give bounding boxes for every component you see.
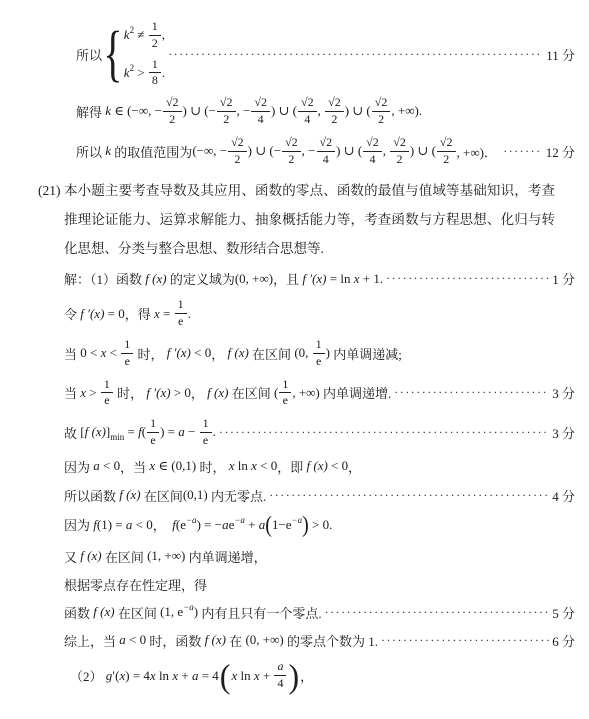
fraction-numerator: √2 xyxy=(228,136,247,152)
text-run: 在 xyxy=(226,631,246,650)
big-paren: ) xyxy=(302,513,309,536)
text-run: 在区间 xyxy=(228,383,274,402)
fraction: √24 xyxy=(298,96,317,127)
math-italic-run: f (x) xyxy=(228,345,249,361)
fraction-numerator: 1 xyxy=(101,378,113,394)
dotted-leader: ········································… xyxy=(381,633,549,648)
fraction-denominator: e xyxy=(125,354,130,369)
cases-brace-icon: { xyxy=(103,22,122,86)
math-run: > 0 xyxy=(171,385,191,401)
text-run: 解得 xyxy=(76,102,105,121)
superscript: −a xyxy=(234,515,245,525)
fraction-denominator: 8 xyxy=(152,73,158,88)
dotted-leader: ········································… xyxy=(503,144,543,159)
fraction: 1e xyxy=(147,417,159,448)
fraction-denominator: 2 xyxy=(443,152,449,167)
superscript: 2 xyxy=(130,25,135,35)
text-run: ， xyxy=(191,383,207,402)
fraction: √22 xyxy=(282,136,301,167)
superscript: 2 xyxy=(130,63,135,73)
math-run: ) = − xyxy=(197,517,223,533)
text-run: 时， xyxy=(196,457,229,476)
fraction: √22 xyxy=(325,96,344,127)
fraction-denominator: e xyxy=(178,314,183,329)
big-paren: ) xyxy=(288,659,299,693)
line-f1-fea: 因为 f(1) = a < 0， f(e−a) = −ae−a + a(1−e−… xyxy=(64,515,575,535)
math-run: . xyxy=(188,306,191,322)
document-content: 所以{k2 ≠ 12,k2 > 18.·····················… xyxy=(64,20,575,692)
fraction-numerator: 1 xyxy=(149,58,161,74)
fraction: 18 xyxy=(149,58,161,89)
fraction-numerator: √2 xyxy=(217,96,236,112)
line-let-fprime-zero: 令 f ′(x) = 0，得 x = 1e. xyxy=(64,298,575,329)
fraction-numerator: √2 xyxy=(282,136,301,152)
fraction-numerator: √2 xyxy=(372,96,391,112)
fraction: √22 xyxy=(217,96,236,127)
math-italic-run: f ′(x) xyxy=(146,385,170,401)
math-run: , xyxy=(318,103,325,119)
text-run: 所以 xyxy=(76,45,102,64)
subscript: min xyxy=(110,432,124,442)
math-run: > xyxy=(134,65,148,81)
fraction: √22 xyxy=(437,136,456,167)
text-run: 时， xyxy=(114,383,147,402)
math-run: ≠ xyxy=(134,27,148,43)
line-unique-zero: 函数 f (x) 在区间 (1, e−a) 内有且只有一个零点.········… xyxy=(64,603,575,622)
score-label: 1 分 xyxy=(552,269,575,288)
math-run: (0, +∞) xyxy=(245,632,283,648)
math-run: < 0 xyxy=(191,345,211,361)
text-run: 又 xyxy=(64,547,80,566)
text-run: 内无零点. xyxy=(208,486,267,505)
text-run: 在区间 xyxy=(249,344,295,363)
text-run: 根据零点存在性定理，得 xyxy=(64,575,207,594)
math-run: + 1. xyxy=(359,271,383,287)
math-run: < 0 xyxy=(132,517,152,533)
fraction-numerator: a xyxy=(274,660,286,676)
math-run: + xyxy=(178,668,192,684)
score-label: 3 分 xyxy=(552,423,575,442)
document-page-body: { "page": {"background": "#ffffff", "tex… xyxy=(0,0,589,719)
math-italic-run: f (x) xyxy=(93,604,114,620)
score-label: 6 分 xyxy=(552,631,575,650)
fraction-denominator: e xyxy=(316,354,321,369)
fraction: 1e xyxy=(121,338,133,369)
dotted-leader: ········································… xyxy=(394,385,549,400)
math-run: ) ∪ (− xyxy=(183,103,216,119)
math-run: ) ∪ ( xyxy=(336,143,362,159)
math-run: (0,1) xyxy=(183,487,208,503)
fraction-numerator: 1 xyxy=(313,338,325,354)
math-run: , +∞)． xyxy=(457,142,501,161)
fraction-numerator: √2 xyxy=(317,136,336,152)
text-run: 在区间 xyxy=(141,486,183,505)
text-run: 在区间 xyxy=(115,603,161,622)
line-sol-1: 解：（1）函数 f (x) 的定义域为(0, +∞)，且 f ′(x) = ln… xyxy=(64,269,575,288)
text-run: 函数 xyxy=(64,603,93,622)
fraction: √22 xyxy=(390,136,409,167)
cases-row: k2 > 18. xyxy=(124,58,165,89)
fraction-numerator: √2 xyxy=(437,136,456,152)
fraction-numerator: 1 xyxy=(279,378,291,394)
fraction-denominator: 2 xyxy=(378,112,384,127)
math-run: + xyxy=(260,668,274,684)
fraction-numerator: 1 xyxy=(200,417,212,433)
text-run: ， xyxy=(348,457,361,476)
math-italic-run: f (x) xyxy=(85,424,106,440)
text-run: 的定义域为 xyxy=(167,269,235,288)
text-run: ，得 xyxy=(125,304,154,323)
fraction-denominator: 2 xyxy=(152,36,158,51)
math-run: (0, +∞) xyxy=(235,271,273,287)
math-run: ) ∪ (− xyxy=(248,143,281,159)
superscript: −a xyxy=(292,515,303,525)
big-paren: ( xyxy=(265,513,272,536)
text-run: ， xyxy=(300,666,313,685)
fraction-numerator: 1 xyxy=(121,338,133,354)
score-label: 5 分 xyxy=(552,603,575,622)
line-k-range: 所以 k 的取值范围为(−∞, −√22) ∪ (−√22, −√24) ∪ (… xyxy=(76,136,575,167)
line-xlnx-negative: 因为 a < 0，当 x ∈ (0,1) 时， x ln x < 0，即 f (… xyxy=(64,457,575,476)
fraction-denominator: 2 xyxy=(234,152,240,167)
math-run: ) = 4 xyxy=(125,668,150,684)
math-run: ( xyxy=(142,424,146,440)
fraction: 1e xyxy=(313,338,325,369)
fraction-denominator: 2 xyxy=(223,112,229,127)
text-run: 内单调递减; xyxy=(330,344,402,363)
fraction: √24 xyxy=(317,136,336,167)
text-run: 因为 xyxy=(64,457,93,476)
math-run: ) ∪ ( xyxy=(271,103,297,119)
text-run: 内单调递增， xyxy=(185,547,266,566)
math-run: < 0 xyxy=(100,458,120,474)
fraction-denominator: 4 xyxy=(258,112,264,127)
math-run: (1, e xyxy=(160,604,183,620)
line-solve-k: 解得 k ∈ (−∞, −√22) ∪ (−√22, −√24) ∪ (√24,… xyxy=(76,96,575,127)
dotted-leader: ········································… xyxy=(386,271,549,286)
superscript: −a xyxy=(186,515,197,525)
math-run: ln xyxy=(156,668,173,684)
text-run: 综上，当 xyxy=(64,631,119,650)
text-run: 当 xyxy=(64,383,80,402)
math-run: − xyxy=(185,424,199,440)
fraction: 12 xyxy=(149,20,161,51)
superscript: −a xyxy=(183,602,194,612)
dotted-leader: ········································… xyxy=(325,605,550,620)
math-run: ) ∪ ( xyxy=(410,143,436,159)
line-min-value: 故 [f (x)]min = f(1e) = a − 1e.··········… xyxy=(64,417,575,448)
fraction: √22 xyxy=(163,96,182,127)
dotted-leader: ········································… xyxy=(219,425,549,440)
text-run: ，且 xyxy=(273,269,302,288)
text-run: 时， xyxy=(134,344,167,363)
text-run: 所以函数 xyxy=(64,486,119,505)
text-run: 的零点个数为 1. xyxy=(284,631,378,650)
text-run: 故 xyxy=(64,423,80,442)
fraction-numerator: 1 xyxy=(149,20,161,36)
text-run: 所以 xyxy=(76,142,105,161)
score-label: 11 分 xyxy=(546,45,575,64)
text-run: 内有且只有一个零点. xyxy=(198,603,322,622)
fraction-denominator: e xyxy=(150,433,155,448)
math-run: ln xyxy=(234,458,251,474)
fraction: √22 xyxy=(372,96,391,127)
cases-row: k2 ≠ 12, xyxy=(124,20,165,51)
fraction-numerator: √2 xyxy=(163,96,182,112)
fraction: √24 xyxy=(363,136,382,167)
score-label: 3 分 xyxy=(552,383,575,402)
text-run: ，即 xyxy=(277,457,306,476)
paragraph-21: (21) 本小题主要考查导数及其应用、函数的零点、函数的最值与值域等基础知识，考… xyxy=(64,176,575,263)
math-italic-run: f (x) xyxy=(80,548,101,564)
fraction-denominator: 4 xyxy=(277,676,283,691)
math-run: , xyxy=(162,27,165,43)
math-run: + xyxy=(245,517,259,533)
fraction-denominator: 2 xyxy=(288,152,294,167)
fraction-denominator: e xyxy=(283,393,288,408)
math-run: , − xyxy=(302,143,316,159)
math-run: = 0 xyxy=(104,306,124,322)
fraction-denominator: 2 xyxy=(169,112,175,127)
math-run: = ln xyxy=(327,271,354,287)
math-run: ∈ (0,1) xyxy=(155,458,196,474)
math-run: , +∞) xyxy=(292,385,319,401)
fraction-denominator: e xyxy=(203,433,208,448)
math-run: > xyxy=(86,385,100,401)
line-part2-gprime: （2） g′(x) = 4x ln x + a = 4(x ln x + a4)… xyxy=(70,660,575,692)
math-run: (−∞, − xyxy=(192,143,227,159)
fraction-numerator: √2 xyxy=(251,96,270,112)
math-run: . xyxy=(162,65,165,81)
text-run: 当 xyxy=(64,344,80,363)
math-run: , +∞). xyxy=(391,103,422,119)
math-run: (1, +∞) xyxy=(147,548,185,564)
math-run: ) ∪ ( xyxy=(345,103,371,119)
math-run: . xyxy=(213,424,216,440)
text-run: 在区间 xyxy=(102,547,148,566)
score-label: 4 分 xyxy=(552,486,575,505)
line-increasing-1inf: 又 f (x) 在区间 (1, +∞) 内单调递增， xyxy=(64,547,575,566)
line-zero-theorem: 根据零点存在性定理，得 xyxy=(64,575,575,594)
math-run: ln xyxy=(237,668,254,684)
math-italic-run: f ′(x) xyxy=(302,271,326,287)
math-run: ) = xyxy=(160,424,178,440)
fraction-denominator: 2 xyxy=(397,152,403,167)
math-run: 1−e xyxy=(272,517,292,533)
text-run: 解：（1）函数 xyxy=(64,269,145,288)
math-italic-run: f (x) xyxy=(145,271,166,287)
document-page: 所以{k2 ≠ 12,k2 > 18.·····················… xyxy=(0,0,589,719)
math-run: < 0 xyxy=(126,632,146,648)
math-run: = 4 xyxy=(198,668,218,684)
line-increasing: 当 x > 1e 时， f ′(x) > 0， f (x) 在区间 (1e, +… xyxy=(64,378,575,409)
fraction: 1e xyxy=(279,378,291,409)
dotted-leader: ········································… xyxy=(269,488,549,503)
math-run: (1) = xyxy=(97,517,126,533)
fraction-denominator: 4 xyxy=(304,112,310,127)
fraction: √24 xyxy=(251,96,270,127)
fraction: √22 xyxy=(228,136,247,167)
text-run: ， xyxy=(153,515,173,534)
cases-rows: k2 ≠ 12,k2 > 18. xyxy=(124,20,165,88)
line-conclusion: 综上，当 a < 0 时，函数 f (x) 在 (0, +∞) 的零点个数为 1… xyxy=(64,631,575,650)
fraction-numerator: √2 xyxy=(325,96,344,112)
math-italic-run: f (x) xyxy=(205,632,226,648)
math-run: (e xyxy=(176,517,186,533)
line-no-zero: 所以函数 f (x) 在区间(0,1) 内无零点.···············… xyxy=(64,486,575,505)
math-run: 0 < xyxy=(80,345,100,361)
math-run: < 0 xyxy=(328,458,348,474)
text-run: ， xyxy=(211,344,227,363)
fraction: a4 xyxy=(274,660,286,691)
text-run: (21) 本小题主要考查导数及其应用、函数的零点、函数的最值与值域等基础知识，考… xyxy=(38,183,555,256)
dotted-leader: ········································… xyxy=(168,47,543,62)
math-run: ( xyxy=(274,385,278,401)
line-cases-k: 所以{k2 ≠ 12,k2 > 18.·····················… xyxy=(76,20,575,88)
score-label: 12 分 xyxy=(546,142,575,161)
fraction-numerator: 1 xyxy=(175,298,187,314)
fraction-numerator: √2 xyxy=(298,96,317,112)
math-italic-run: f (x) xyxy=(119,487,140,503)
text-run: 时，函数 xyxy=(146,631,205,650)
math-run: ∈ (−∞, − xyxy=(111,103,162,119)
line-decreasing: 当 0 < x < 1e 时， f ′(x) < 0， f (x) 在区间 (0… xyxy=(64,338,575,369)
math-italic-run: f (x) xyxy=(207,385,228,401)
fraction-denominator: 4 xyxy=(369,152,375,167)
math-italic-run: f ′(x) xyxy=(80,306,104,322)
fraction-denominator: 2 xyxy=(331,112,337,127)
text-run: 因为 xyxy=(64,515,93,534)
text-run: 令 xyxy=(64,304,80,323)
math-run: < xyxy=(106,345,120,361)
math-run: , − xyxy=(237,103,251,119)
math-run: > 0. xyxy=(309,517,333,533)
math-run: = xyxy=(160,306,174,322)
fraction-numerator: √2 xyxy=(390,136,409,152)
math-run: < 0 xyxy=(257,458,277,474)
fraction-denominator: e xyxy=(104,393,109,408)
fraction-numerator: √2 xyxy=(363,136,382,152)
math-run: , xyxy=(383,143,390,159)
text-run: 内单调递增. xyxy=(320,383,392,402)
fraction: 1e xyxy=(200,417,212,448)
fraction: 1e xyxy=(101,378,113,409)
cases-group: {k2 ≠ 12,k2 > 18. xyxy=(104,20,165,88)
text-run: （2） xyxy=(70,666,106,685)
math-italic-run: f (x) xyxy=(307,458,328,474)
math-run: = xyxy=(124,424,138,440)
math-italic-run: f ′(x) xyxy=(167,345,191,361)
big-paren: ( xyxy=(220,659,231,693)
math-run: (0, xyxy=(294,345,311,361)
fraction-numerator: 1 xyxy=(147,417,159,433)
fraction-denominator: 4 xyxy=(323,152,329,167)
text-run: 的取值范围为 xyxy=(111,142,192,161)
fraction: 1e xyxy=(175,298,187,329)
text-run: ，当 xyxy=(120,457,149,476)
